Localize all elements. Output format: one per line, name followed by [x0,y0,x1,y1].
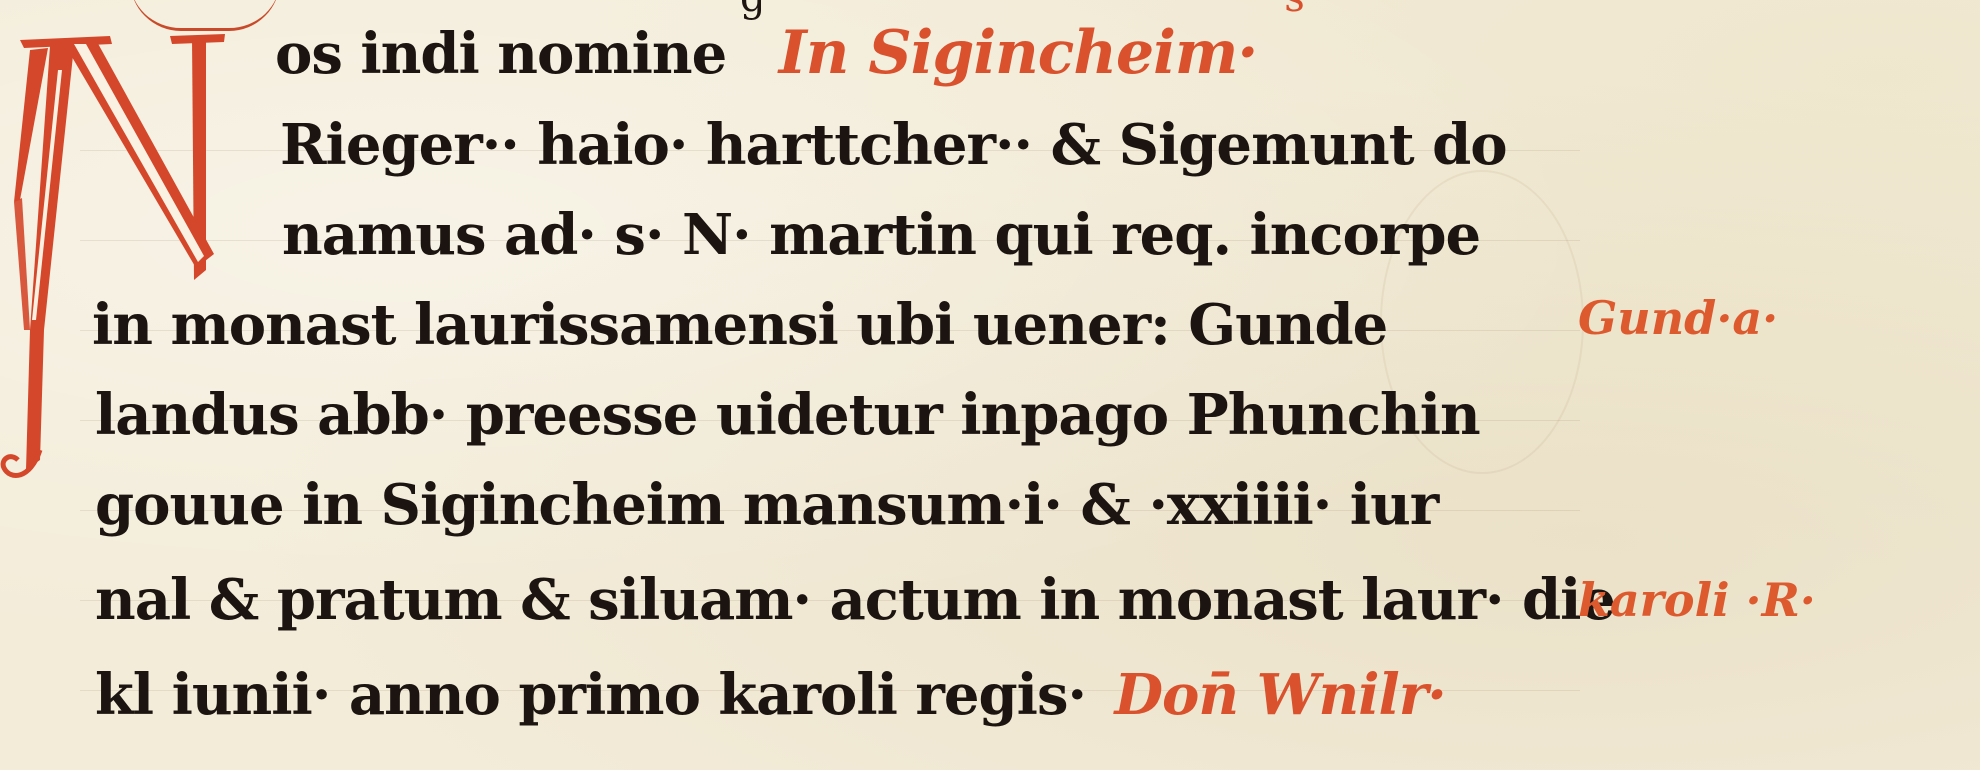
line-text: kl iunii· anno primo karoli regis· [95,662,1086,728]
text-line-2: Rieger·· haio· harttcher·· & Sigemunt do [280,110,1507,180]
manuscript-page: g · · · s os indi nomine In Sigincheim· … [0,0,1980,770]
remnant-flourish [130,0,280,31]
text-line-3: namus ad· s· N· martin qui req. incorpe [282,200,1480,270]
margin-note-gund: Gund·a· [1578,288,1778,348]
place-rubric: In Sigincheim· [779,18,1258,88]
text-line-6: gouue in Sigincheim mansum·i· & ·xxiiii·… [95,470,1438,540]
remnant-black-fragment: g [740,0,766,18]
closing-rubric: Don̄ Wnilr· [1114,662,1445,728]
remnant-red-fragment: · · · s [1160,0,1313,18]
text-line-4: in monast laurissamensi ubi uener: Gunde [92,290,1387,360]
text-line-8: kl iunii· anno primo karoli regis· Don̄ … [95,660,1446,730]
line-text: os indi nomine [275,21,726,87]
margin-note-karoli: karoli ·R· [1578,570,1816,630]
text-line-5: landus abb· preesse uidetur inpago Phunc… [95,380,1480,450]
text-line-1: os indi nomine In Sigincheim· [275,18,1257,89]
text-line-7: nal & pratum & siluam· actum in monast l… [95,565,1615,635]
